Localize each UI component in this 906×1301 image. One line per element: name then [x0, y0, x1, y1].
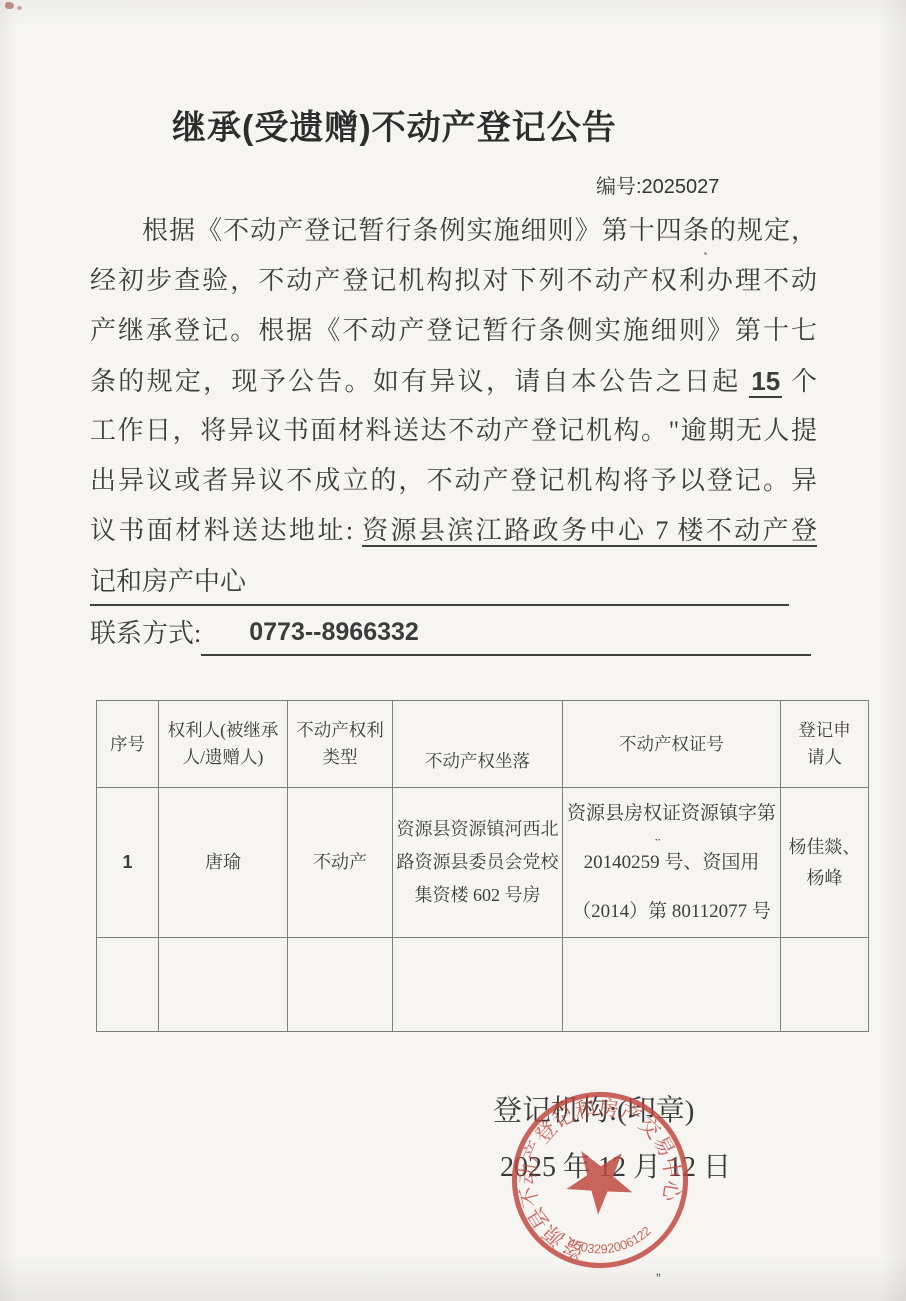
address-underline-fill [246, 604, 789, 606]
table-cell-right-type: 不动产 [288, 788, 393, 938]
table-cell-empty [781, 938, 868, 1031]
official-seal: 资源县不动产登记和房产交易中心 4503292006122 [488, 1068, 712, 1292]
address-label: 议书面材料送达地址: [90, 516, 362, 545]
contact-phone: 0773--8966332 [249, 618, 419, 646]
table-header-rightholder: 权利人(被继承 人/遗赠人) [159, 701, 288, 788]
table-cell-location: 资源县资源镇河西北 路资源县委员会党校 集资楼 602 号房 [393, 788, 563, 938]
body-line-1: 根据《不动产登记暂行条例实施细则》第十四条的规定， [90, 206, 817, 256]
address-value-part2: 记和房产中心 [90, 560, 246, 606]
doc-number: 编号:2025027 [596, 170, 719, 199]
address-value-part1: 资源县滨江路政务中心 7 楼不动产登 [362, 516, 817, 547]
body-line-8: 记和房产中心 [90, 556, 817, 606]
contact-underline-zone: 0773--8966332 [201, 610, 811, 656]
scan-artifact-diaeresis: ¨ [655, 836, 660, 854]
scanned-notice-page: 继承(受遗赠)不动产登记公告 编号:2025027 根据《不动产登记暂行条例实施… [0, 0, 906, 1301]
table-cell-empty [159, 938, 288, 1031]
table-cell-empty [393, 938, 563, 1031]
contact-label: 联系方式: [90, 612, 201, 656]
body-line-5: 工作日，将异议书面材料送达不动产登记机构。"逾期无人提 [90, 406, 817, 456]
scan-artifact-quote-mark: „ [656, 1262, 661, 1278]
table-cell-empty [563, 938, 781, 1031]
star-icon [554, 1133, 643, 1221]
table-header-right-type: 不动产权利 类型 [288, 701, 393, 788]
table-cell-cert-number: 资源县房权证资源镇字第 20140259 号、资国用 （2014）第 80112… [563, 788, 781, 938]
table-cell-empty [97, 938, 159, 1031]
table-header-location: 不动产权坐落 [393, 701, 563, 788]
table-cell-applicant: 杨佳燚、 杨峰 [781, 788, 868, 938]
scan-artifact-dot [704, 252, 707, 255]
table-cell-index: 1 [97, 788, 159, 938]
table-cell-rightholder: 唐瑜 [159, 788, 288, 938]
registration-table: 序号 权利人(被继承 人/遗赠人) 不动产权利 类型 不动产权坐落 不动产权证号… [96, 700, 869, 1032]
notice-body: 根据《不动产登记暂行条例实施细则》第十四条的规定， 经初步查验，不动产登记机构拟… [90, 206, 817, 656]
body-line-4: 条的规定，现予公告。如有异议，请自本公告之日起 15 个 [90, 356, 817, 406]
body-line-4-post: 个 [782, 367, 817, 396]
body-line-3: 产继承登记。根据《不动产登记暂行条侧实施细则》第十七 [90, 306, 817, 356]
body-line-2: 经初步查验，不动产登记机构拟对下列不动产权利办理不动 [90, 256, 817, 306]
scan-artifact-red-speck [5, 2, 14, 9]
body-line-6: 出异议或者异议不成立的，不动产登记机构将予以登记。异 [90, 456, 817, 506]
scan-artifact-red-speck [17, 6, 22, 10]
table-header-applicant: 登记申 请人 [781, 701, 868, 788]
body-line-4-pre: 条的规定，现予公告。如有异议，请自本公告之日起 [90, 367, 749, 396]
table-header-index: 序号 [97, 701, 159, 788]
table-cell-empty [288, 938, 393, 1031]
body-line-7: 议书面材料送达地址: 资源县滨江路政务中心 7 楼不动产登 [90, 506, 817, 556]
page-title: 继承(受遗赠)不动产登记公告 [172, 100, 617, 149]
table-header-cert-number: 不动产权证号 [563, 701, 781, 788]
objection-days: 15 [749, 366, 782, 398]
body-line-9: 联系方式:0773--8966332 [90, 606, 817, 656]
